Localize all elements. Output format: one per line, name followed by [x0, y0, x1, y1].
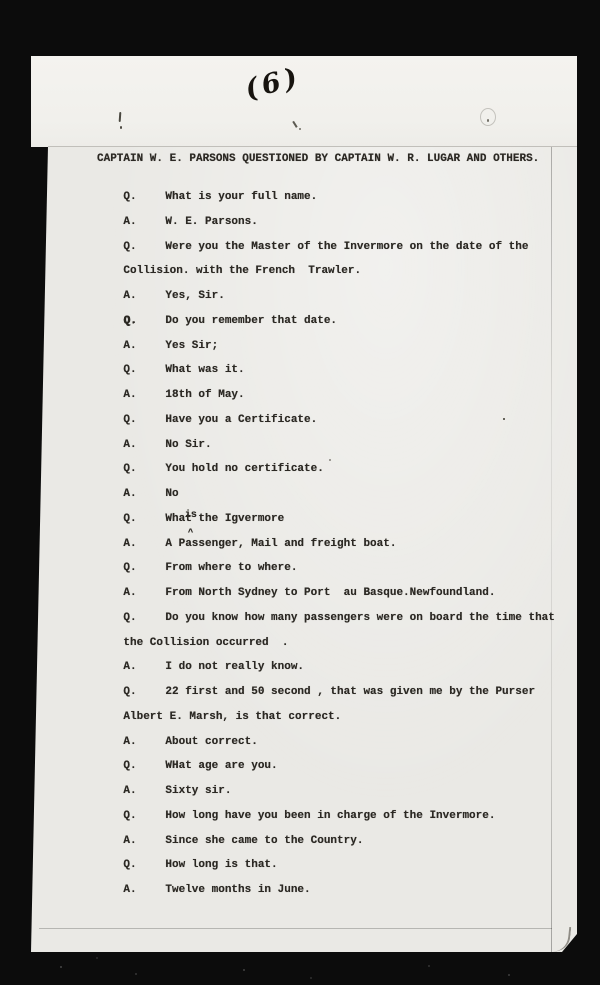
qa-text: Sixty sir. [165, 785, 231, 797]
qa-text: Were you the Master of the Invermore on … [165, 241, 528, 253]
qa-line: Q.Have you a Certificate. [97, 401, 555, 426]
qa-text: Do you know how many passengers were on … [165, 612, 554, 624]
qa-line: Q.How long have you been in charge of th… [97, 797, 555, 822]
qa-line: Q.WHat age are you. [97, 747, 555, 772]
document-page: CAPTAIN W. E. PARSONS QUESTIONED BY CAPT… [31, 146, 577, 952]
scan-dot [329, 459, 331, 461]
qa-line: the Collision occurred . [97, 624, 555, 649]
qa-line: Q.How long is that. [97, 846, 555, 871]
qa-line: Q.What was it. [97, 351, 555, 376]
qa-text: Twelve months in June. [165, 884, 310, 896]
qa-line: Q.From where to where. [97, 549, 555, 574]
qa-line: A.About correct. [97, 723, 555, 748]
ink-mark-dot [120, 126, 122, 129]
qa-text: W. E. Parsons. [165, 216, 257, 228]
qa-line: A.Since she came to the Country. [97, 822, 555, 847]
qa-line: A.18th of May. [97, 376, 555, 401]
qa-line: A.No [97, 475, 555, 500]
stain-ring [480, 108, 496, 126]
qa-text: A Passenger, Mail and freight boat. [165, 538, 396, 550]
qa-text: From North Sydney to Port au Basque.Newf… [165, 587, 495, 599]
qa-text: You hold no certificate. [165, 463, 323, 475]
document-title: CAPTAIN W. E. PARSONS QUESTIONED BY CAPT… [97, 153, 539, 166]
qa-line: Q.Whatis^ the Igvermore [97, 500, 555, 525]
qa-text: Since she came to the Country. [165, 835, 363, 847]
qa-text: 22 first and 50 second , that was given … [165, 686, 535, 698]
qa-text: Have you a Certificate. [165, 414, 317, 426]
qa-line: A.No Sir. [97, 426, 555, 451]
qa-text: 18th of May. [165, 389, 244, 401]
scan-speckles [0, 0, 2, 2]
handwritten-page-number: (6) [242, 62, 304, 106]
page-crease-bottom [39, 928, 552, 929]
qa-line: Q.What is your full name. [97, 178, 555, 203]
qa-text: WHat age are you. [165, 760, 277, 772]
qa-line: A.Twelve months in June. [97, 871, 555, 896]
ink-tick-dot [299, 128, 301, 130]
stain-ring-dot [487, 119, 489, 122]
qa-text: From where to where. [165, 562, 297, 574]
qa-text: No Sir. [165, 439, 211, 451]
qa-line: Q.You hold no certificate. [97, 450, 555, 475]
qa-line: A.W. E. Parsons. [97, 203, 555, 228]
qa-line: A.Yes Sir; [97, 327, 555, 352]
scan-dot [503, 418, 505, 420]
qa-line: Q.Were you the Master of the Invermore o… [97, 228, 555, 253]
qa-line: A.From North Sydney to Port au Basque.Ne… [97, 574, 555, 599]
qa-text: Yes, Sir. [165, 290, 224, 302]
qa-label: A. [123, 884, 165, 897]
page-crease-right [551, 147, 552, 952]
qa-text: Albert E. Marsh, is that correct. [123, 711, 341, 723]
qa-line: Albert E. Marsh, is that correct. [97, 698, 555, 723]
qa-text: About correct. [165, 736, 257, 748]
backing-sheet: (6) [31, 56, 577, 147]
qa-text: How long have you been in charge of the … [165, 810, 495, 822]
qa-text: Do you remember that date. [165, 315, 337, 327]
qa-line: A.Sixty sir. [97, 772, 555, 797]
scanned-document: (6) CAPTAIN W. E. PARSONS QUESTIONED BY … [0, 0, 600, 985]
qa-line: Collision. with the French Trawler. [97, 252, 555, 277]
qa-transcript: Q.What is your full name. A.W. E. Parson… [97, 178, 555, 896]
qa-text: Whatis^ the Igvermore [165, 513, 284, 525]
qa-line: Q.Do you know how many passengers were o… [97, 599, 555, 624]
qa-text: What was it. [165, 364, 244, 376]
page-corner-shadow [562, 934, 577, 952]
qa-line: A.Yes, Sir. [97, 277, 555, 302]
qa-line: Q.22 first and 50 second , that was give… [97, 673, 555, 698]
qa-line: Q.Do you remember that date. [97, 302, 555, 327]
qa-text: Collision. with the French Trawler. [123, 265, 361, 277]
qa-text: What is your full name. [165, 191, 317, 203]
qa-line: A.I do not really know. [97, 648, 555, 673]
qa-text: I do not really know. [165, 661, 304, 673]
qa-text: How long is that. [165, 859, 277, 871]
qa-text: the Collision occurred . [123, 637, 288, 649]
qa-text: No [165, 488, 178, 500]
qa-text: Yes Sir; [165, 340, 218, 352]
qa-line: A.A Passenger, Mail and freight boat. [97, 525, 555, 550]
